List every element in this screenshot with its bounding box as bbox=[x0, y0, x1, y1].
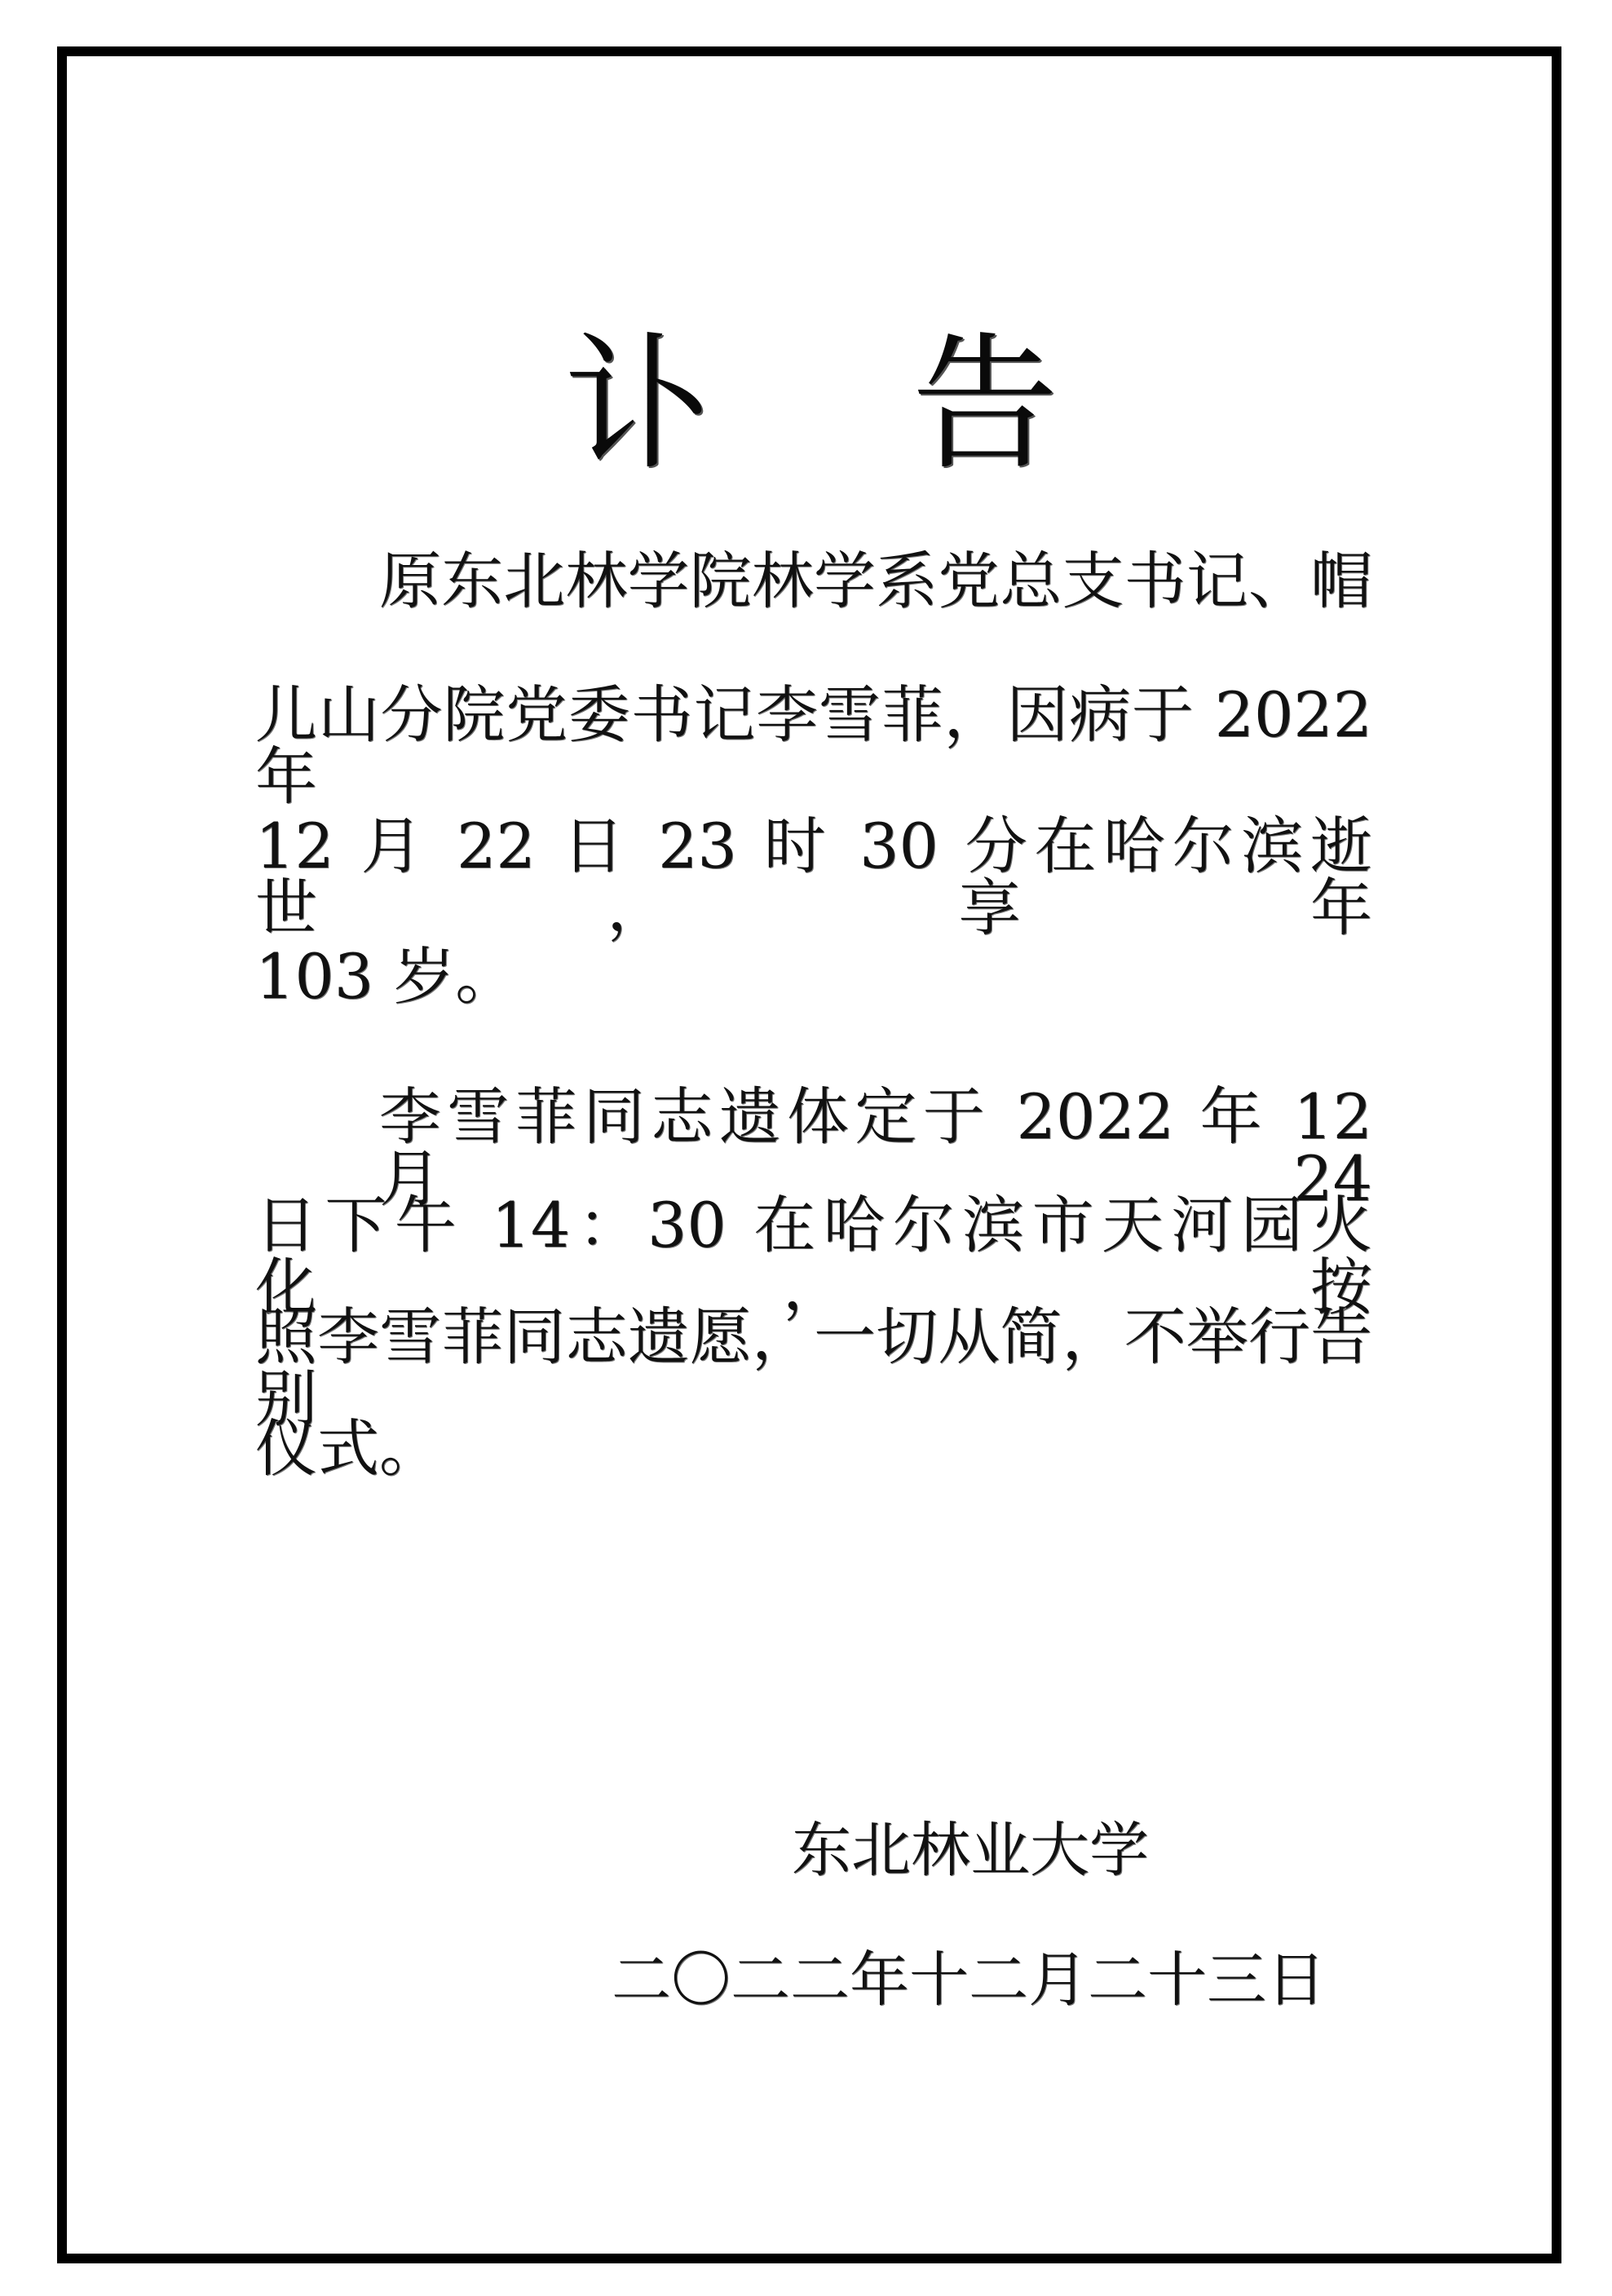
paragraph-1-line-2: 儿山分院党委书记李雪菲，因病于 2022 年 bbox=[255, 684, 1372, 808]
paragraph-2-line-4: 仪式。 bbox=[255, 1418, 1372, 1480]
signature-organization: 东北林业大学 bbox=[792, 1821, 1149, 1880]
signature-date: 二〇二二年十二月二十三日 bbox=[612, 1950, 1326, 2010]
paragraph-1-line-1: 原东北林学院林学系党总支书记、帽 bbox=[255, 550, 1372, 612]
title-char-fu: 讣 bbox=[564, 332, 711, 479]
title-char-gao: 告 bbox=[912, 332, 1058, 479]
paragraph-1-line-3: 12 月 22 日 23 时 30 分在哈尔滨逝世，享年 bbox=[255, 815, 1372, 939]
paragraph-1-line-4: 103 岁。 bbox=[255, 946, 1372, 1008]
